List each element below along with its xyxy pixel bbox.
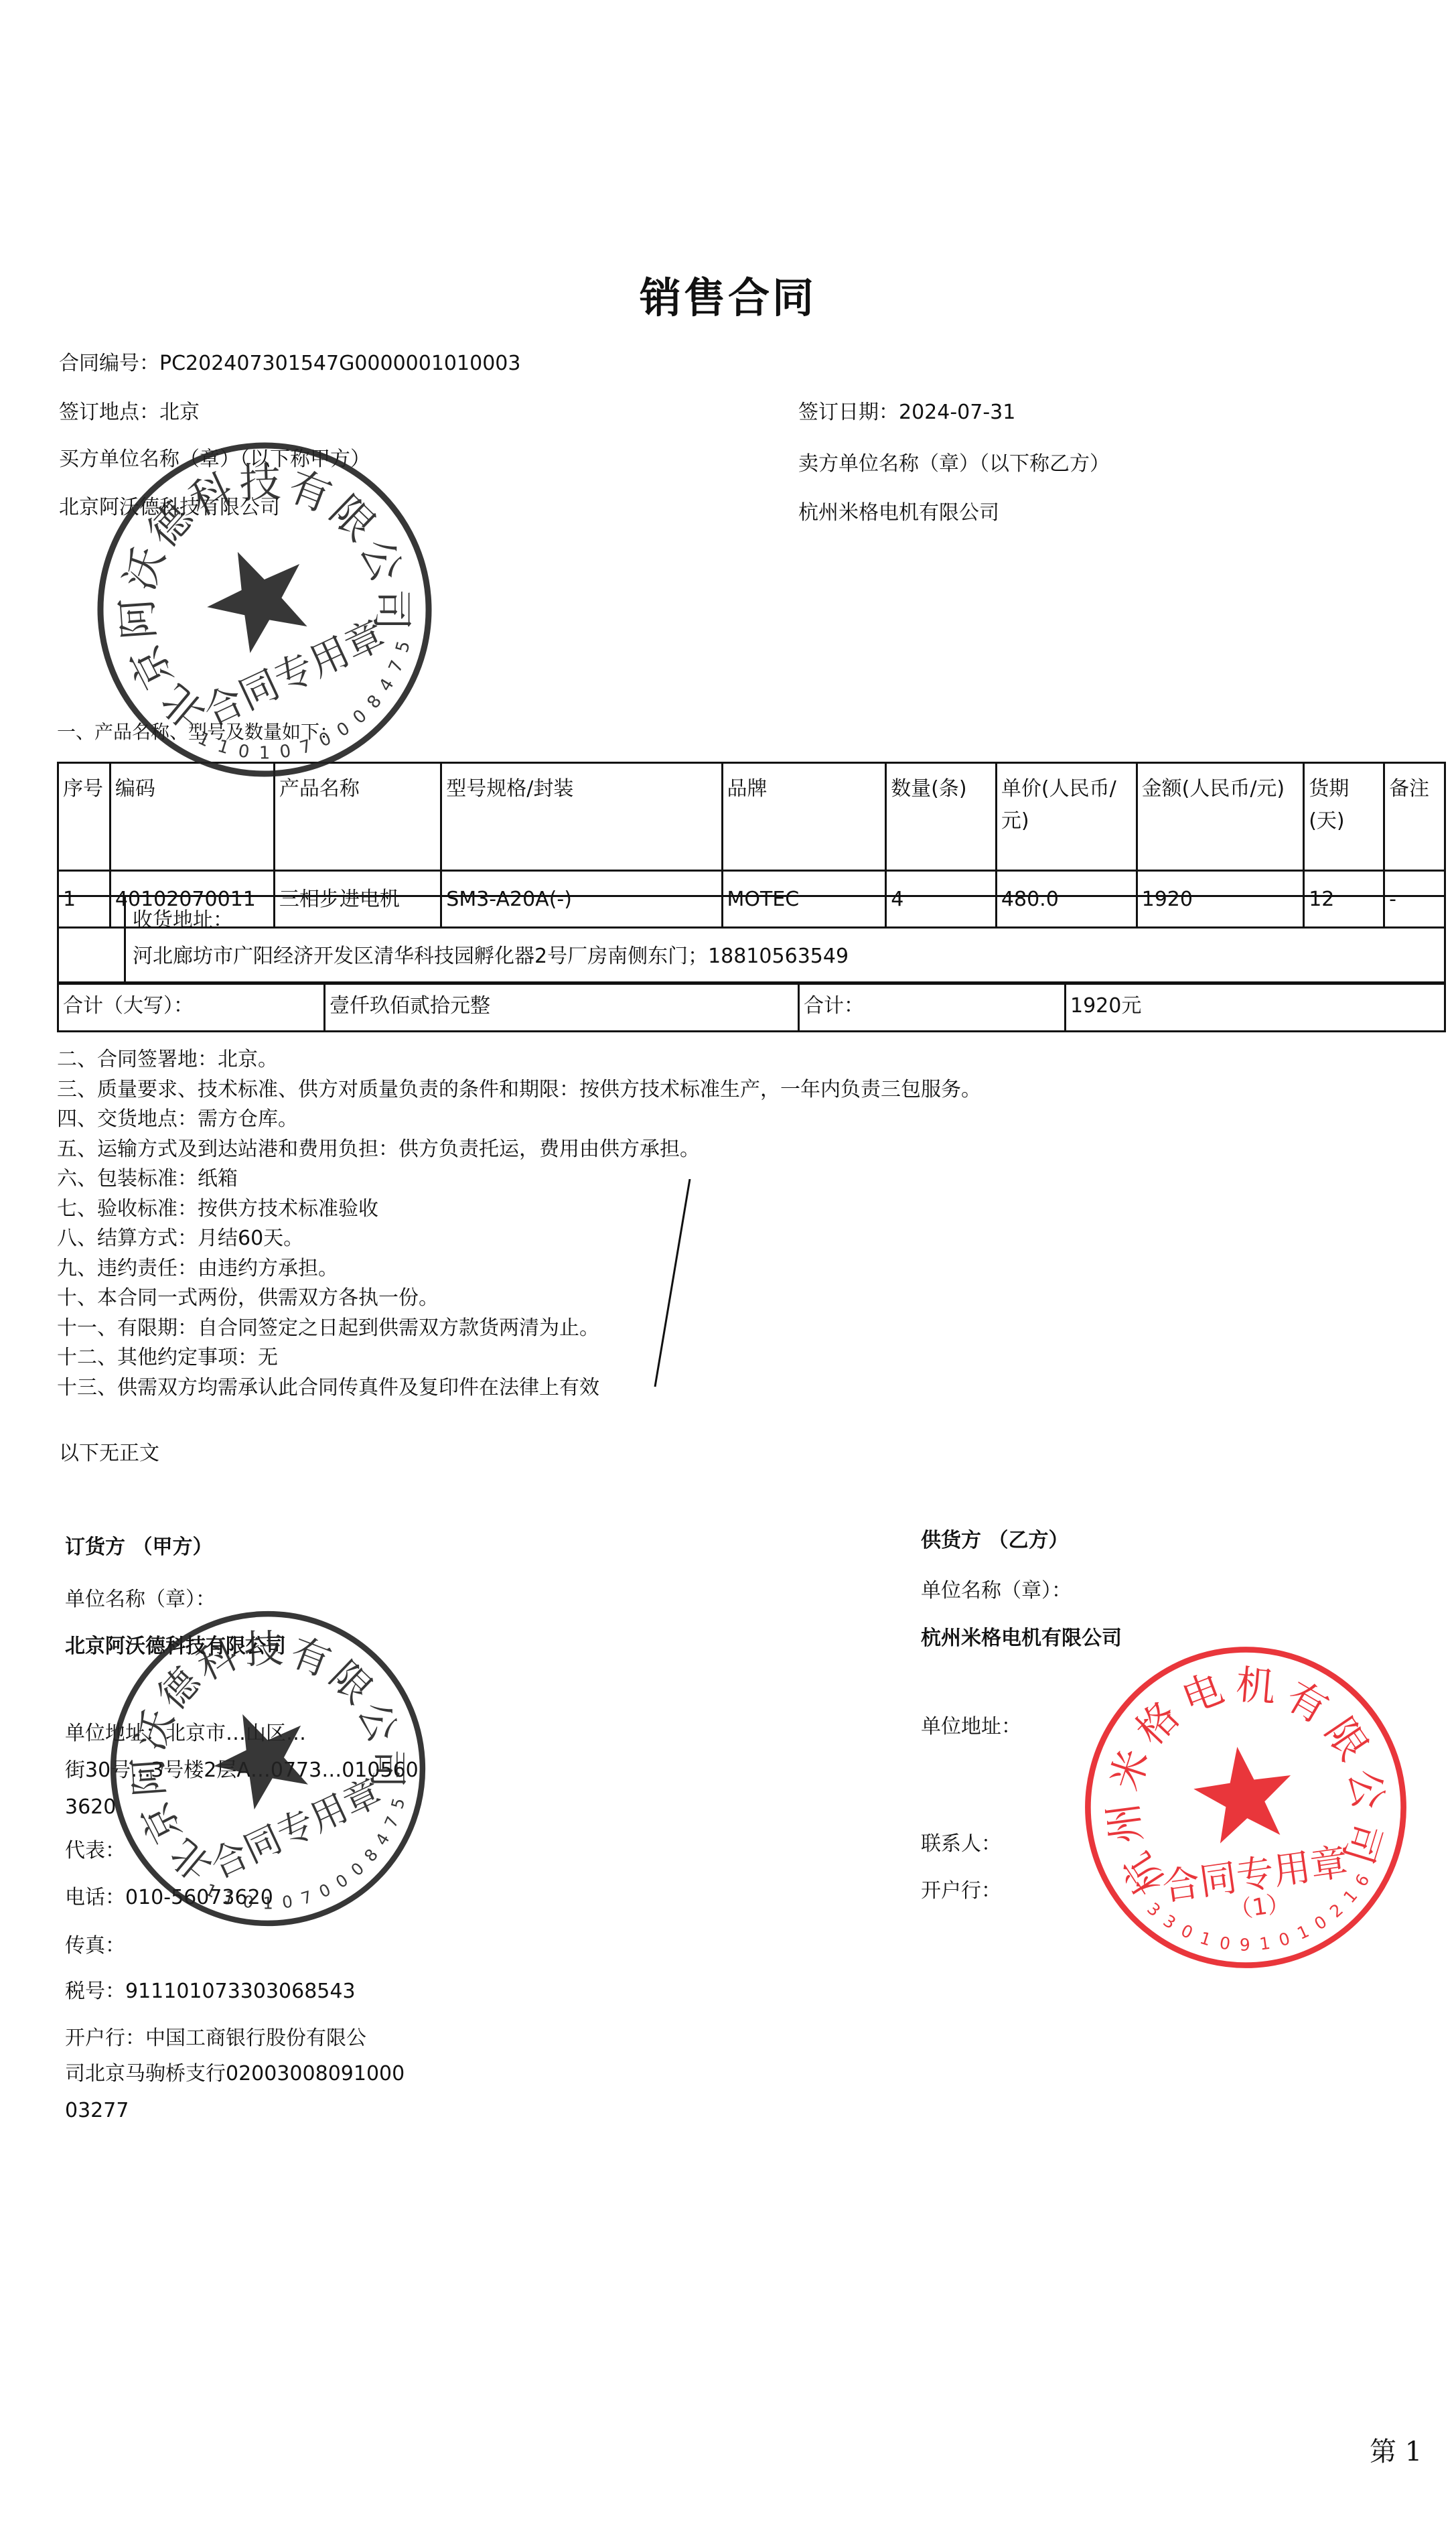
seller-contact-label: 联系人： <box>921 1832 1001 1856</box>
svg-text:州: 州 <box>1100 1800 1151 1846</box>
buyer-seal-stamp-signature: 北京阿沃德科技有限公司合同专用章1101070008475 <box>104 1604 432 1933</box>
contract-number: 合同编号：PC202407301547G0000001010003 <box>59 352 520 376</box>
seller-label: 卖方单位名称（章）（以下称乙方） <box>798 452 1110 476</box>
sign-place: 签订地点：北京 <box>59 401 200 425</box>
buyer-bank-line1: 中国工商银行股份有限公 <box>145 2026 366 2050</box>
document-title: 销售合同 <box>0 265 1456 324</box>
svg-text:0: 0 <box>332 1870 352 1893</box>
contract-number-label: 合同编号： <box>59 352 159 375</box>
svg-text:7: 7 <box>299 1887 314 1909</box>
svg-text:7: 7 <box>385 657 408 675</box>
svg-text:阿: 阿 <box>112 596 163 641</box>
delivery-address-cell: 收货地址： 河北廊坊市广阳经济开发区清华科技园孵化器2号厂房南侧东门；18810… <box>125 896 1445 984</box>
clause-item: 八、结算方式：月结60天。 <box>57 1224 303 1253</box>
clause-item: 四、交货地点：需方仓库。 <box>57 1105 298 1134</box>
seller-name: 杭州米格电机有限公司 <box>798 501 999 525</box>
total-upper-value: 壹仟玖佰贰拾元整 <box>325 983 799 1032</box>
svg-text:4: 4 <box>375 675 398 695</box>
seller-block-heading: 供货方 （乙方） <box>921 1529 1068 1553</box>
svg-text:1: 1 <box>1339 1886 1361 1907</box>
total-value: 1920元 <box>1066 983 1445 1032</box>
page-number: 第 1 <box>1370 2430 1422 2469</box>
buyer-tax-value: 911101073303068543 <box>125 1980 356 2003</box>
sign-date-value: 2024-07-31 <box>899 401 1015 424</box>
delivery-address-table: 收货地址： 河北廊坊市广阳经济开发区清华科技园孵化器2号厂房南侧东门；18810… <box>57 895 1446 985</box>
svg-text:6: 6 <box>1352 1870 1374 1890</box>
pen-stroke-mark <box>643 1179 697 1393</box>
total-label: 合计： <box>799 983 1066 1032</box>
clause-item: 六、包装标准：纸箱 <box>57 1164 238 1194</box>
svg-text:1: 1 <box>215 736 231 758</box>
clause-item: 十三、供需双方均需承认此合同传真件及复印件在法律上有效 <box>57 1373 599 1403</box>
header-cell: 数量(条) <box>886 763 997 871</box>
svg-text:有: 有 <box>1278 1673 1335 1733</box>
svg-text:1: 1 <box>195 728 214 751</box>
svg-text:4: 4 <box>372 1830 394 1848</box>
header-cell: 货期(天) <box>1304 763 1384 871</box>
clause-item: 十一、有限期：自合同签定之日起到供需双方款货两清为止。 <box>57 1314 599 1343</box>
total-upper-label: 合计（大写）： <box>58 983 325 1032</box>
svg-text:1: 1 <box>1258 1933 1272 1954</box>
sign-place-label: 签订地点： <box>59 401 159 424</box>
clause-item: 三、质量要求、技术标准、供方对质量负责的条件和期限：按供方技术标准生产，一年内负… <box>57 1075 981 1105</box>
sign-place-value: 北京 <box>159 401 200 424</box>
svg-text:8: 8 <box>360 1845 382 1866</box>
delivery-address: 河北廊坊市广阳经济开发区清华科技园孵化器2号厂房南侧东门；18810563549 <box>133 939 1437 975</box>
buyer-bank: 开户行：中国工商银行股份有限公 <box>65 2026 366 2051</box>
contract-number-value: PC202407301547G0000001010003 <box>159 352 520 375</box>
svg-text:5: 5 <box>392 639 415 655</box>
svg-text:5: 5 <box>387 1796 409 1811</box>
svg-text:0: 0 <box>1277 1929 1292 1950</box>
clause-item: 十、本合同一式两份，供需双方各执一份。 <box>57 1284 439 1313</box>
svg-text:0: 0 <box>347 1858 368 1880</box>
header-cell: 型号规格/封装 <box>441 763 722 871</box>
svg-text:0: 0 <box>279 741 293 762</box>
buyer-fax-label: 传真： <box>65 1934 125 1958</box>
svg-text:格: 格 <box>1128 1694 1189 1755</box>
svg-text:1: 1 <box>202 1880 220 1902</box>
svg-text:技: 技 <box>238 458 282 508</box>
svg-text:限: 限 <box>1315 1710 1376 1769</box>
header-cell: 金额(人民币/元) <box>1137 763 1304 871</box>
svg-text:0: 0 <box>316 728 335 751</box>
svg-text:0: 0 <box>1178 1921 1196 1943</box>
buyer-tax-label: 税号： <box>65 1980 125 2003</box>
seller-bank-label: 开户行： <box>921 1879 1001 1903</box>
svg-text:0: 0 <box>1311 1912 1330 1934</box>
seller-seal-stamp: 杭州米格电机有限公司合同专用章（1）3301091010216 <box>1078 1640 1413 1975</box>
delivery-address-label: 收货地址： <box>133 902 1437 939</box>
svg-text:电: 电 <box>1176 1665 1230 1723</box>
buyer-bank-line3: 03277 <box>65 2099 129 2123</box>
svg-text:技: 技 <box>243 1626 284 1673</box>
svg-text:1: 1 <box>259 744 271 764</box>
seller-address-label: 单位地址： <box>921 1715 1021 1739</box>
buyer-tax: 税号：911101073303068543 <box>65 1980 356 2004</box>
clause-item: 五、运输方式及到达站港和费用负担：供方负责托运，费用由供方承担。 <box>57 1135 700 1164</box>
svg-text:公: 公 <box>1339 1766 1391 1812</box>
svg-text:米: 米 <box>1102 1744 1159 1796</box>
svg-text:1: 1 <box>263 1894 273 1913</box>
end-note: 以下无正文 <box>59 1442 159 1466</box>
buyer-bank-line2: 司北京马驹桥支行02003008091000 <box>65 2062 405 2086</box>
clause-item: 九、违约责任：由违约方承担。 <box>57 1254 338 1284</box>
buyer-bank-label: 开户行： <box>65 2026 145 2050</box>
clause-item: 二、合同签署地：北京。 <box>57 1045 278 1075</box>
svg-text:0: 0 <box>237 741 251 762</box>
svg-text:0: 0 <box>281 1891 294 1912</box>
svg-text:0: 0 <box>316 1880 334 1902</box>
svg-text:7: 7 <box>297 736 313 758</box>
buyer-seal-stamp: 北京阿沃德科技有限公司合同专用章1101070008475 <box>90 435 439 784</box>
svg-text:机: 机 <box>1234 1662 1277 1712</box>
header-cell: 备注 <box>1384 763 1445 871</box>
svg-text:9: 9 <box>1240 1935 1250 1955</box>
svg-text:0: 0 <box>242 1891 255 1912</box>
svg-text:2: 2 <box>1326 1900 1347 1921</box>
svg-text:7: 7 <box>380 1813 403 1831</box>
svg-text:阿: 阿 <box>125 1756 173 1798</box>
svg-text:0: 0 <box>334 718 354 741</box>
sign-date: 签订日期：2024-07-31 <box>798 401 1015 425</box>
header-cell: 单价(人民币/元) <box>996 763 1137 871</box>
totals-table: 合计（大写）： 壹仟玖佰贰拾元整 合计： 1920元 <box>57 981 1446 1032</box>
svg-text:1: 1 <box>222 1887 237 1909</box>
buyer-block-heading: 订货方 （甲方） <box>65 1535 212 1560</box>
seller-block-name-label: 单位名称（章）： <box>921 1579 1072 1603</box>
svg-text:0: 0 <box>1218 1933 1232 1953</box>
sign-date-label: 签订日期： <box>798 401 899 424</box>
header-cell: 品牌 <box>722 763 886 871</box>
svg-text:0: 0 <box>349 706 370 728</box>
svg-text:8: 8 <box>364 691 386 713</box>
svg-text:1: 1 <box>1294 1921 1312 1943</box>
svg-text:3: 3 <box>1143 1899 1164 1920</box>
clause-item: 十二、其他约定事项：无 <box>57 1343 278 1373</box>
svg-text:3: 3 <box>1160 1911 1179 1933</box>
svg-text:1: 1 <box>1197 1928 1214 1949</box>
clause-item: 七、验收标准：按供方技术标准验收 <box>57 1194 378 1224</box>
